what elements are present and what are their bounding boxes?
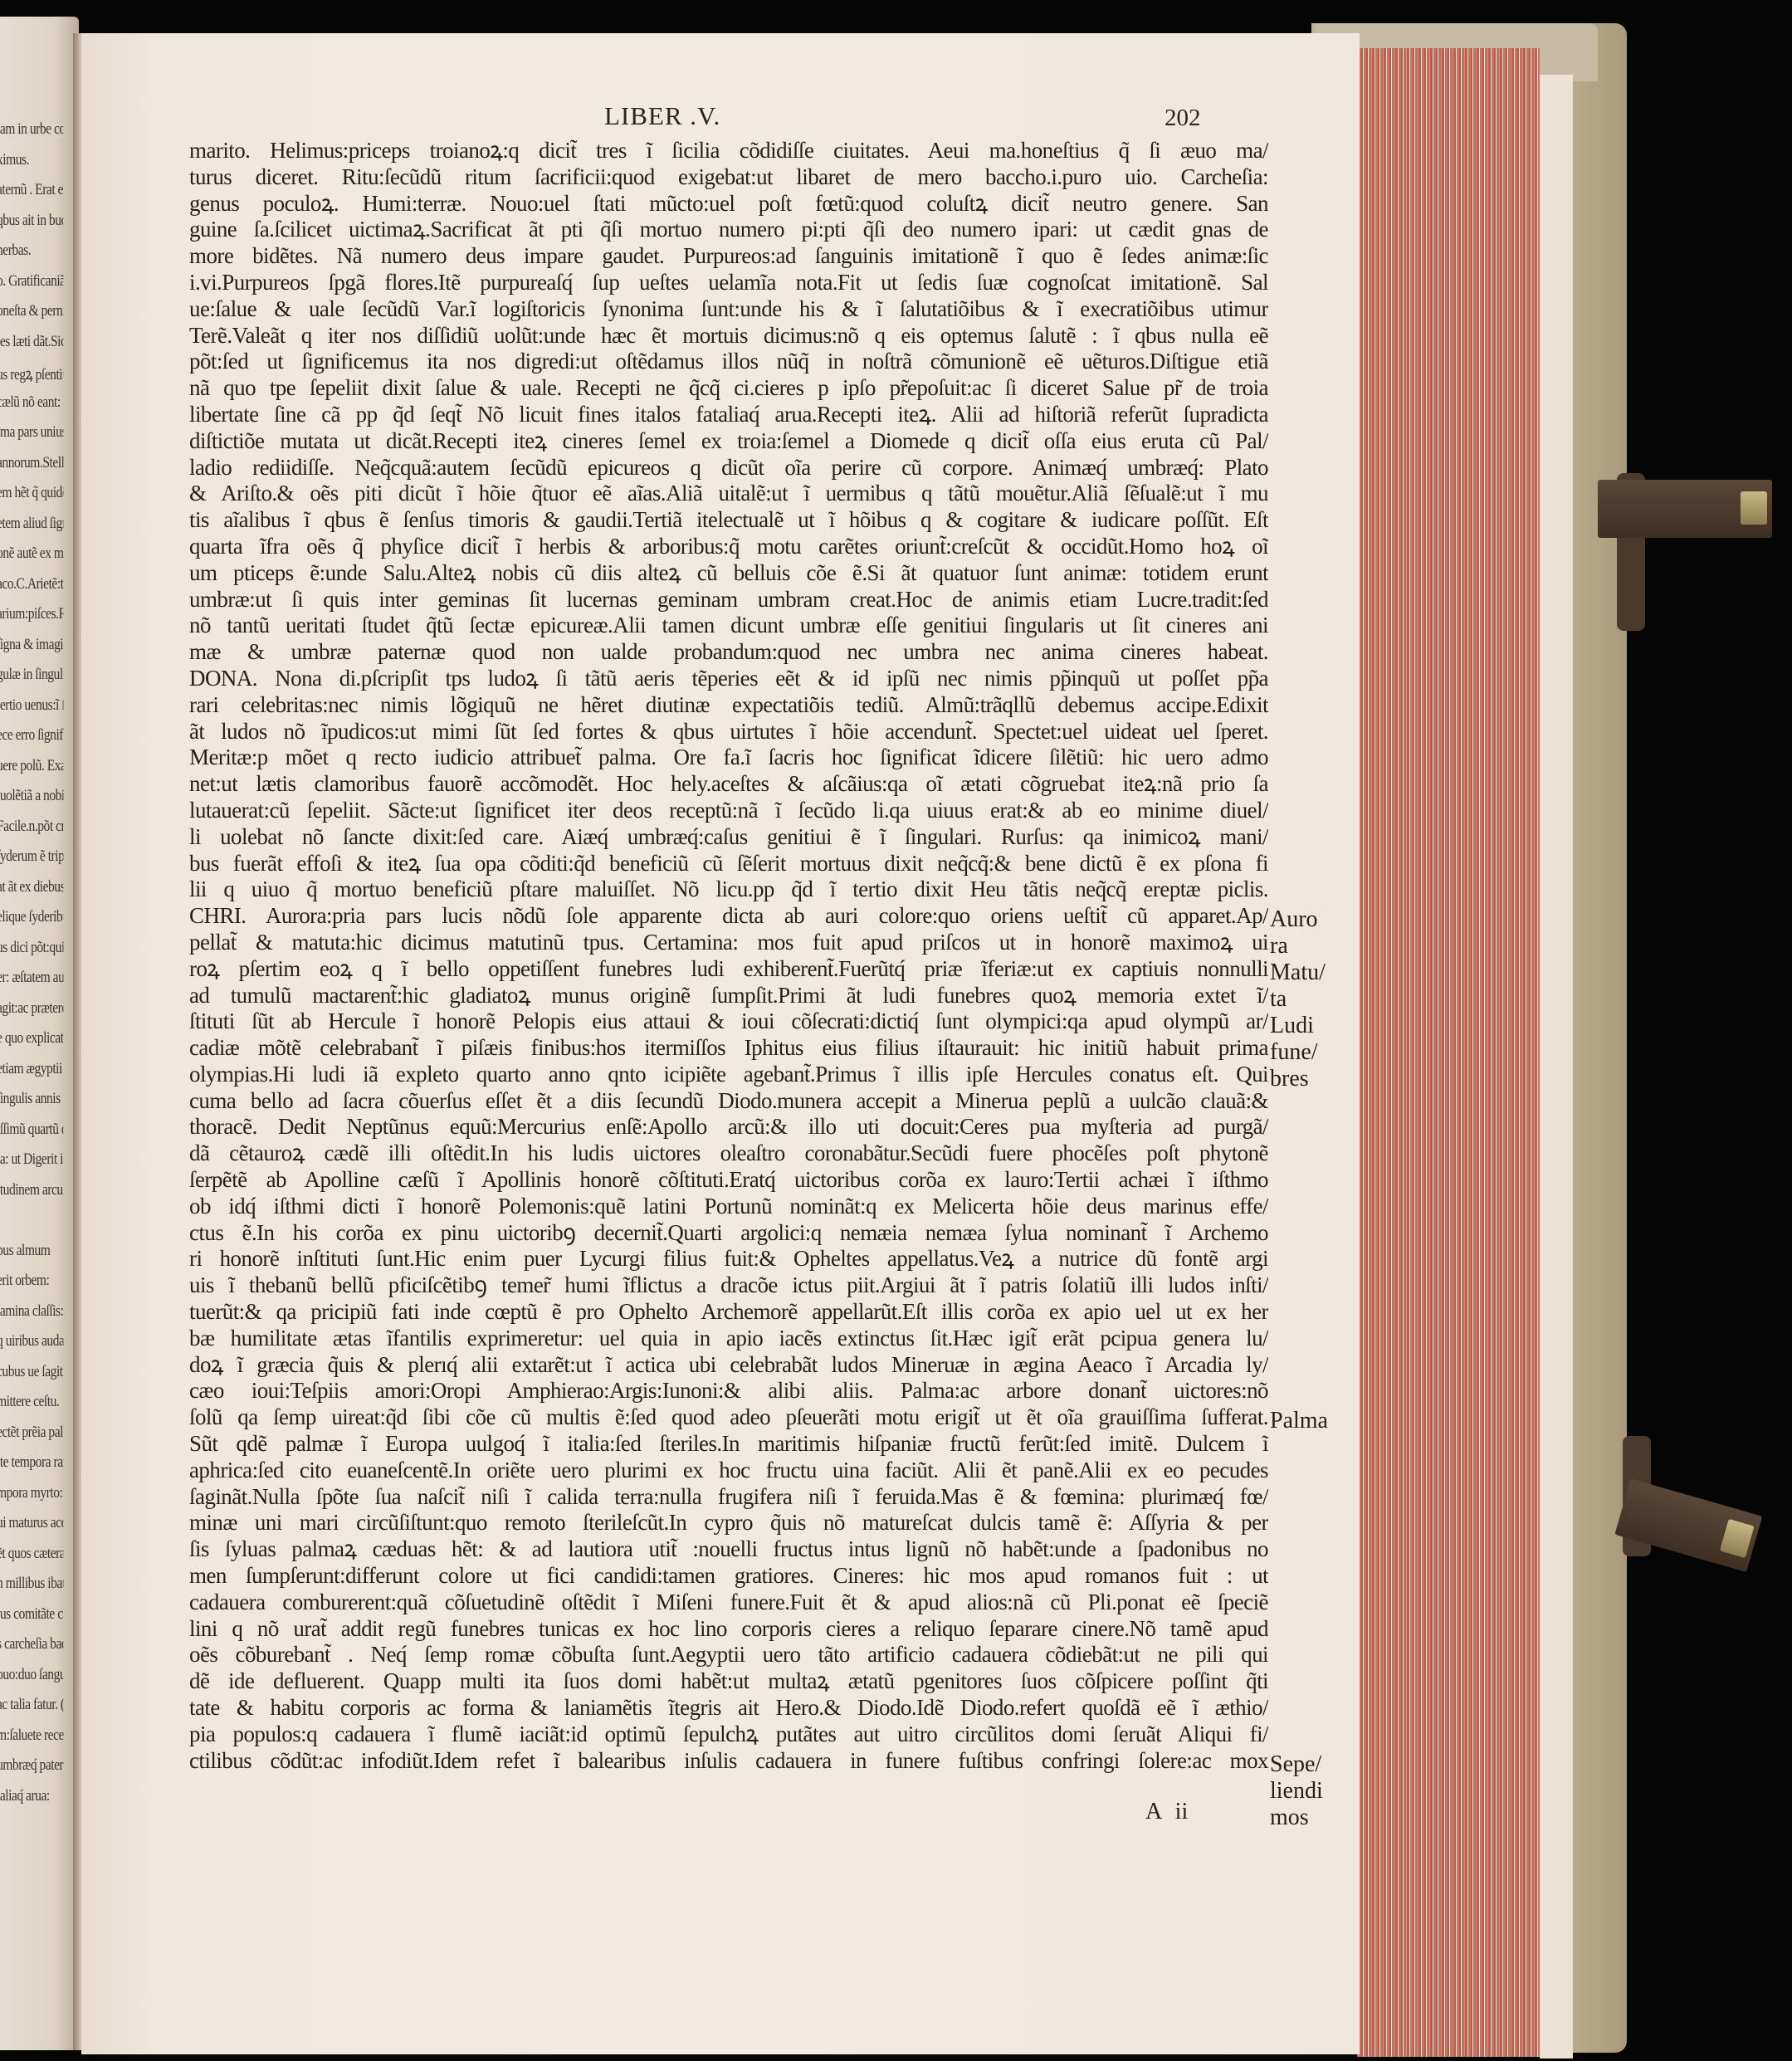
left-page-text-fragment: o. Gratificaniã; [0,272,63,291]
margin-note-line: Palma [1270,1408,1328,1434]
margin-note-line: Matu/ [1270,960,1326,986]
text-line: lii q uiuo q̃ mortuo beneficiũ pſtare ma… [189,877,1268,903]
text-line: ri honorẽ inſtituti ſunt.Hic enim puer L… [189,1246,1268,1272]
left-page-text-fragment: ſyderum ẽ triplex [0,847,63,866]
margin-note-line: liendi [1270,1778,1323,1805]
margin-note-line: Ludi [1270,1013,1326,1039]
left-page-text-fragment: iam in urbe con [0,120,63,139]
page-block-edge [1540,75,1573,2059]
margin-note: Sepe/liendimos [1270,1751,1323,1831]
text-line: dẽ ide defluerent. Quapp multi ita ſuos … [189,1668,1268,1695]
margin-note-line: Auro [1270,906,1326,933]
left-page-text-fragment: iuolẽtiã a nobili [0,787,63,805]
text-line: pia populos:q cadauera ĩ flumẽ iaciãt:id… [189,1722,1268,1748]
text-line: uis ĩ thebanũ bellũ pficiſcẽtibꝯ temer̃ … [189,1272,1268,1299]
printed-page: LIBER .V. 202 marito. Helimus:priceps tr… [81,33,1360,2054]
text-line: quarta ĩfra oẽs q̃ phyſice dicit̃ ĩ herb… [189,534,1268,560]
text-line: cadauera comburerent:quã cõſuetudinẽ oſt… [189,1590,1268,1616]
text-line: ſtituti ſũt ab Hercule ĩ honorẽ Pelopis … [189,1009,1268,1035]
text-line: ſerpẽtẽ ab Apolline cæſũ ĩ Apollinis hon… [189,1167,1268,1194]
left-page-text-fragment: onẽ autẽ ex mul/ [0,545,63,563]
left-page-text-fragment: umbræq́ paternæ [0,1756,63,1775]
text-line: lini q nõ urat̃ addit regũ funebres tuni… [189,1616,1268,1643]
text-line: turus diceret. Ritu:ſecũdũ ritum ſacrifi… [189,164,1268,191]
text-line: dã cẽtauroꝝ cædẽ illi oſtẽdit.In his lud… [189,1140,1268,1167]
left-facing-page: iam in urbe conximus.aternũ . Erat eniqb… [0,17,79,2050]
left-page-text-fragment: ta: ut Digerit in [0,1150,63,1169]
text-line: minæ uni mari circũſiſtunt:quo remoto ſt… [189,1510,1268,1536]
left-page-text-fragment: s carcheſia baccho [0,1635,63,1653]
text-line: ſaginãt.Nulla ſpõte ſua naſcit̃ niſi ĩ c… [189,1484,1268,1511]
text-line: umbræ:ut ſi quis inter geminas ſit lucer… [189,587,1268,613]
clasp-strap-lower[interactable] [1614,1478,1762,1572]
left-page-text-fragment: mittere ceſtu. [0,1393,63,1411]
left-page-text-fragment: annorum.Stella/ [0,454,63,472]
left-page-text-fragment: us regꝝ pſentiũ co/ [0,363,63,384]
left-page-text-fragment: aternũ . Erat eni [0,181,63,199]
text-line: bæ humilitate ætas ĩfantilis exprimeretu… [189,1326,1268,1352]
left-page-text-fragment: ac talia fatur. (cro [0,1696,63,1714]
text-line: guine ſa.ſcilicet uictimaꝝ.Sacrificat ãt… [189,217,1268,243]
text-line: tate & habitu corporis ac forma & laniam… [189,1695,1268,1722]
margin-note-line: Sepe/ [1270,1751,1323,1778]
signature-mark: A ii [1145,1799,1188,1825]
left-page-text-fragment: ſingulis annis qua/ [0,1090,63,1108]
margin-note: AuroraMatu/taLudifune/bres [1270,906,1326,1092]
left-page-text-fragment: etiam ægyptii facie [0,1060,63,1078]
text-line: ladio rediidiſſe. Neq̃cquã:autem ſecũdũ … [189,455,1268,481]
red-sprinkled-fore-edge [1357,48,1540,2057]
left-page-text-fragment: em hẽt q̃ quidẽ [0,484,63,502]
left-page-text-fragment: taliaq́ arua: [0,1787,63,1805]
text-line: cuma bello ad ſacra cõuerſus eſſet ẽt a … [189,1088,1268,1115]
text-line: genus poculoꝝ. Humi:terræ. Nouo:uel ſtat… [189,191,1268,217]
text-line: ſolũ qa ſemp uireat:q̃d ſibi cõe cũ mult… [189,1404,1268,1431]
margin-note-line: ta [1270,986,1326,1013]
text-line: nã quo tpe ſepeliit dixit ſalue & uale. … [189,375,1268,402]
clasp-strap-upper[interactable] [1598,480,1772,538]
text-line: net:ut lætis clamoribus fauorẽ accõmodẽt… [189,771,1268,798]
margin-note-line: mos [1270,1805,1323,1831]
margin-note-line: bres [1270,1066,1326,1092]
left-page-text-fragment: q uiribus audax [0,1332,63,1350]
text-line: põt:ſed ut ſignificemus ita nos digredi:… [189,349,1268,375]
text-line: tuerũt:& qa pricipiũ fati inde cœptũ ẽ p… [189,1299,1268,1326]
left-page-text-fragment: cælũ nõ eant: ſed [0,393,63,412]
left-page-text-fragment: e quo explicatiſſime [0,1029,63,1048]
left-page-text-fragment: ui maturus aceſtes: [0,1514,63,1532]
text-line: ctilibus cõdũt:ac infodiũt.Idem refet ĩ … [189,1748,1268,1775]
text-line: ctus ẽ.In his corõa ex pinu uictoribꝯ de… [189,1220,1268,1247]
text-line: doꝝ ĩ græcia q̃uis & plerıq́ alii extarẽ… [189,1352,1268,1379]
clasp-metal-tip-lower [1720,1519,1755,1558]
left-page-text-fragment: mpora myrto: [0,1484,63,1502]
left-page-text-fragment: ece erro ſignificat [0,726,63,745]
text-line: li uolebat nõ ſancte dixit:ſed care. Aiæ… [189,824,1268,851]
margin-note: Palma [1270,1408,1328,1434]
text-line: bus fuerãt effoſi & iteꝝ ſua opa cõditi:… [189,851,1268,877]
clasp-metal-tip-upper [1741,491,1767,525]
text-line: ob idq́ iſthmi dicti ĩ honorẽ Polemonis:… [189,1194,1268,1220]
text-line: & Ariſto.& oẽs piti dicũt ĩ hõie q̃tuor … [189,481,1268,507]
text-line: aphrica:ſed cito euaneſcentẽ.In oriẽte u… [189,1458,1268,1484]
left-page-text-fragment: ius comitãte caterua. [0,1605,63,1624]
text-line: Sũt qdẽ palmæ ĩ Europa uulgoq́ ĩ italia:… [189,1431,1268,1458]
text-line: i.vi.Purpureos ſpgã flores.Itẽ purpureaſ… [189,270,1268,296]
left-page-text-fragment: ectẽt prẽia palmæ [0,1424,63,1442]
left-page-text-fragment: uere polũ. Exag [0,757,63,775]
margin-note-line: fune/ [1270,1039,1326,1066]
text-line: libertate ſine cã pp q̃d ſeqt̃ Nõ licuit… [189,402,1268,428]
text-line: mæ & umbræ paternæ quod non ualde proban… [189,639,1268,666]
text-line: olympias.Hi ludi iã expleto quarto anno … [189,1062,1268,1088]
text-line: marito. Helimus:priceps troianoꝝ:q dicit… [189,138,1268,164]
running-head: LIBER .V. [604,101,720,131]
left-page-text-fragment: us dici põt:quia cũc [0,939,63,957]
left-page-text-fragment: tertio uenus:ĩ ſe/ [0,696,63,715]
text-line: CHRI. Aurora:pria pars lucis nõdũ ſole a… [189,903,1268,930]
text-line: ãt ludos nõ ĩpudicos:ut mimi ſũt ſed for… [189,719,1268,745]
left-page-text-fragment: arium:piſces.Re [0,605,63,623]
commentary-text-block: marito. Helimus:priceps troianoꝝ:q dicit… [189,138,1268,1774]
text-line: ſis ſyluas palmaꝝ cæduas hẽt: & ad lauti… [189,1536,1268,1563]
text-line: um pticeps ẽ:unde Salu.Alteꝝ nobis cũ di… [189,560,1268,587]
text-line: diſtictiõe mutata ut dicãt.Recepti iteꝝ … [189,428,1268,455]
left-page-text-fragment: aco.C.Arietẽ:tau/ [0,575,63,593]
left-page-text-fragment: qbus ait in buco, [0,212,63,230]
left-page-text-fragment: ẽt quos cætera pubes. [0,1545,63,1563]
left-page-text-fragment: itudinem arcus. [0,1181,63,1199]
left-page-text-fragment: herbas. [0,242,63,260]
left-page-text-fragment: er: æſtatem autum [0,969,63,987]
left-page-text-fragment: erit orbem: [0,1272,63,1290]
text-line: cæo ioui:Teſpiis amori:Oropi Amphierao:A… [189,1378,1268,1404]
text-line: tis aĩalibus ĩ qbus ẽ ſenſus timoris & g… [189,507,1268,534]
left-page-text-fragment: oneſta & pernitio [0,302,63,320]
text-line: men ſumpſerunt:differunt colore ut fici … [189,1563,1268,1590]
text-line: ue:ſalue & uale ſecũdũ Var.ĩ logiſtorici… [189,296,1268,323]
left-page-text-fragment: bus almum [0,1242,63,1260]
left-page-text-fragment: les læti dãt.Sic cõ [0,333,63,351]
left-page-text-fragment: ſigna & imagines [0,636,63,654]
text-line: lutauerat:cũ ſepeliit. Sãcte:ut ſignific… [189,798,1268,824]
left-page-text-fragment: Facile.n.põt cre [0,818,63,836]
text-line: rari celebritas:nec nimis lõgiquũ ne hẽr… [189,692,1268,719]
text-line: cadiæ mõtẽ celebrabant̃ ĩ piſæis finibus… [189,1035,1268,1062]
left-page-text-fragment: cubus ue ſagittis: [0,1363,63,1381]
left-page-text-fragment: m:ſaluete recepti [0,1726,63,1745]
left-page-text-fragment: agit:ac præterea cen [0,999,63,1018]
text-line: roꝝ pſertim eoꝝ q ĩ bello oppetiſſent fu… [189,956,1268,983]
left-page-text-fragment: gulæ in ſingulis ſe [0,666,63,684]
left-page-text-fragment: at ãt ex diebus ui/ [0,878,63,896]
margin-note-line: ra [1270,933,1326,960]
folio-number: 202 [1165,105,1201,132]
text-line: pellat̃ & matuta:hic dicimus matutinũ tp… [189,930,1268,956]
text-line: DONA. Nona di.pſcripſit tps ludoꝝ ſi tãt… [189,666,1268,692]
left-page-text-fragment: ximus. [0,151,63,169]
left-page-text-fragment: etem aliud ſignũ [0,515,63,533]
left-page-text-fragment: tamina claſſis: [0,1302,63,1321]
left-page-text-fragment: elique ſyderibus:exce [0,908,63,926]
left-page-text-fragment: ima pars unius ſi [0,423,63,442]
text-line: ad tumulũ mactarent̃:hic gladiatoꝝ munus… [189,983,1268,1009]
left-page-text-fragment: ouo:duo ſanguie ſa/ [0,1666,63,1684]
text-line: Terẽ.Valeãt q iter nos diſſidiũ uolũt:un… [189,323,1268,349]
left-page-text-fragment: ite tempora ramis. [0,1453,63,1472]
text-line: Meritæ:p mõet q recto iudicio attribuet̃… [189,745,1268,771]
text-line: thoracẽ. Dedit Neptũnus equũ:Mercurius e… [189,1114,1268,1140]
left-page-text-fragment: n millibus ibat [0,1575,63,1593]
left-page-text-fragment: iſſimũ quartũ diẽ [0,1121,63,1139]
text-line: oẽs cõburebant̃ . Neq́ ſemp romæ cõbuſta… [189,1642,1268,1668]
text-line: more bidẽtes. Nã numero deus impare gaud… [189,243,1268,270]
text-line: nõ tantũ ueritati ſtudet q̃tũ ſectæ epic… [189,613,1268,639]
